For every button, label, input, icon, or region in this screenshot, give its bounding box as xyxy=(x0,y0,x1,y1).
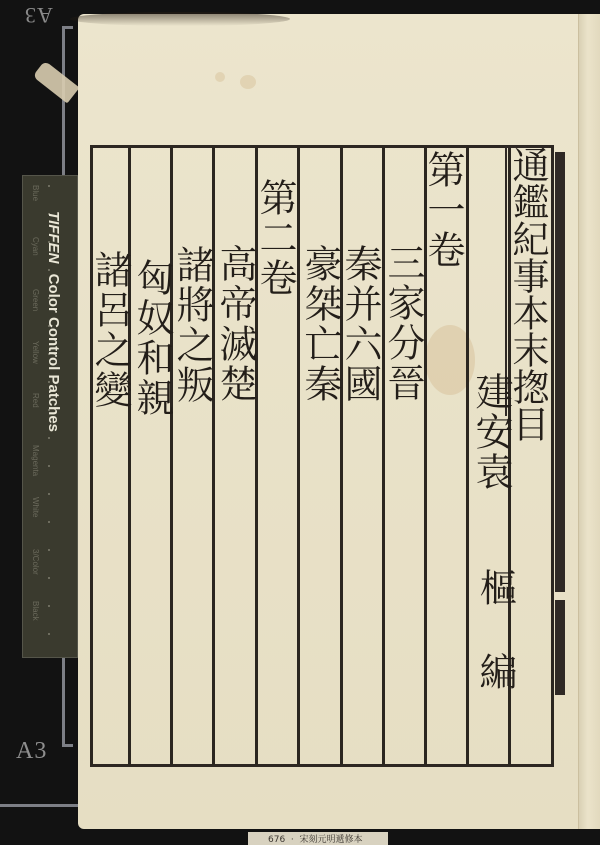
call-slip-number: 676 xyxy=(268,835,285,845)
paper-stain xyxy=(240,75,256,89)
paper-stain xyxy=(215,72,225,82)
color-control-strip: TIFFEN Color Control Patches Blue Cyan G… xyxy=(22,175,78,658)
patch-name: Yellow xyxy=(31,341,40,364)
glass-frame-bottom-edge xyxy=(0,804,80,807)
column-rule xyxy=(382,147,385,765)
call-slip: 676 · 宋刻元明遞修本 xyxy=(248,832,388,845)
patch-name: Green xyxy=(31,289,40,311)
volume-2-entry: 諸將之叛 xyxy=(173,245,211,405)
page-fold-edge xyxy=(578,14,600,829)
call-slip-text: 宋刻元明遞修本 xyxy=(300,835,363,845)
color-control-label: TIFFEN Color Control Patches xyxy=(45,211,62,631)
column-rule xyxy=(212,147,215,765)
patch-name: Magenta xyxy=(31,445,40,476)
column-rule xyxy=(90,147,93,765)
patch-name: White xyxy=(31,497,40,517)
frame-top-border xyxy=(90,145,554,148)
outer-heavy-rule xyxy=(555,152,565,592)
outer-heavy-rule xyxy=(555,600,565,695)
patch-names: Blue Cyan Green Yellow Red Magenta White… xyxy=(26,175,40,655)
volume-2-label: 第二卷 xyxy=(256,178,294,298)
patch-name: 3/Color xyxy=(31,549,40,575)
volume-1-entry: 三家分晉 xyxy=(384,243,422,403)
book-title: 通鑑紀事本末揔目 xyxy=(509,146,546,442)
frame-bottom-border xyxy=(90,764,554,767)
volume-1-entry: 秦并六國 xyxy=(341,244,379,404)
volume-1-label: 第一卷 xyxy=(424,150,462,270)
plate-label-bottom: A3 xyxy=(16,738,47,765)
patch-name: Blue xyxy=(31,185,40,201)
compiler-name: 樞 xyxy=(476,568,514,608)
column-rule xyxy=(297,147,300,765)
patch-name: Black xyxy=(31,601,40,621)
compiler-verb: 編 xyxy=(476,652,514,692)
volume-1-entry: 豪桀亡秦 xyxy=(301,244,339,404)
volume-2-entry: 匈奴和親 xyxy=(133,258,171,418)
patch-name: Red xyxy=(31,393,40,408)
volume-2-entry: 高帝滅楚 xyxy=(216,244,254,404)
patch-name: Cyan xyxy=(31,237,40,256)
page-top-wear xyxy=(70,12,290,26)
column-rule xyxy=(170,147,173,765)
title-box-top xyxy=(505,146,549,148)
plate-label-top: A3 xyxy=(24,2,53,28)
column-rule xyxy=(551,147,554,765)
column-rule xyxy=(128,147,131,765)
tiffen-brand: TIFFEN xyxy=(45,211,62,264)
compiler-place: 建安袁 xyxy=(472,372,510,492)
tiffen-title: Color Control Patches xyxy=(45,274,62,432)
column-rule xyxy=(340,147,343,765)
volume-2-entry: 諸呂之變 xyxy=(91,250,129,410)
